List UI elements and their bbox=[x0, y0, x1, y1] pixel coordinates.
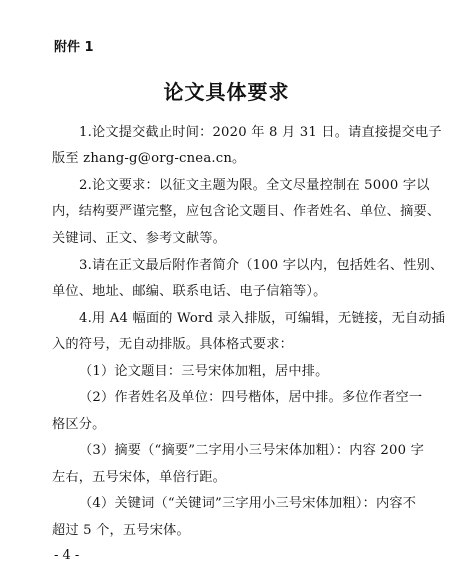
paragraph-line: 3.请在正文最后附作者简介（100 字以内，包括姓名、性别、 bbox=[79, 257, 397, 275]
paragraph-line: 关键词、正文、参考文献等。 bbox=[52, 230, 397, 248]
paragraph-line: 内，结构要严谨完整，应包含论文题目、作者姓名、单位、摘要、 bbox=[52, 203, 397, 221]
paragraph-line: 单位、地址、邮编、联系电话、电子信箱等）。 bbox=[52, 283, 397, 301]
paragraph-line: 入的符号，无自动排版。具体格式要求： bbox=[52, 336, 397, 354]
paragraph-line: 版至 zhang-g@org-cnea.cn。 bbox=[52, 150, 397, 168]
attachment-label: 附件 1 bbox=[54, 36, 94, 55]
paragraph-line: （2）作者姓名及单位：四号楷体，居中排。多位作者空一 bbox=[79, 389, 397, 407]
paragraph-line: 1.论文提交截止时间：2020 年 8 月 31 日。请直接提交电子 bbox=[79, 124, 397, 142]
paragraph-line: 格区分。 bbox=[52, 416, 397, 434]
paragraph-line: （4）关键词（“关键词”三字用小三号宋体加粗）：内容不 bbox=[79, 495, 397, 513]
paragraph-line: 4.用 A4 幅面的 Word 录入排版，可编辑，无链接，无自动插 bbox=[79, 310, 397, 328]
paragraph-line: 2.论文要求：以征文主题为限。全文尽量控制在 5000 字以 bbox=[79, 177, 397, 195]
paragraph-line: （3）摘要（“摘要”二字用小三号宋体加粗）：内容 200 字 bbox=[79, 442, 397, 460]
paragraph-line: （1）论文题目：三号宋体加粗，居中排。 bbox=[79, 363, 397, 381]
paragraph-line: 左右，五号宋体，单倍行距。 bbox=[52, 469, 397, 487]
paragraph-line: 超过 5 个，五号宋体。 bbox=[52, 522, 397, 540]
page-number: - 4 - bbox=[54, 548, 79, 563]
document-title: 论文具体要求 bbox=[0, 76, 453, 105]
